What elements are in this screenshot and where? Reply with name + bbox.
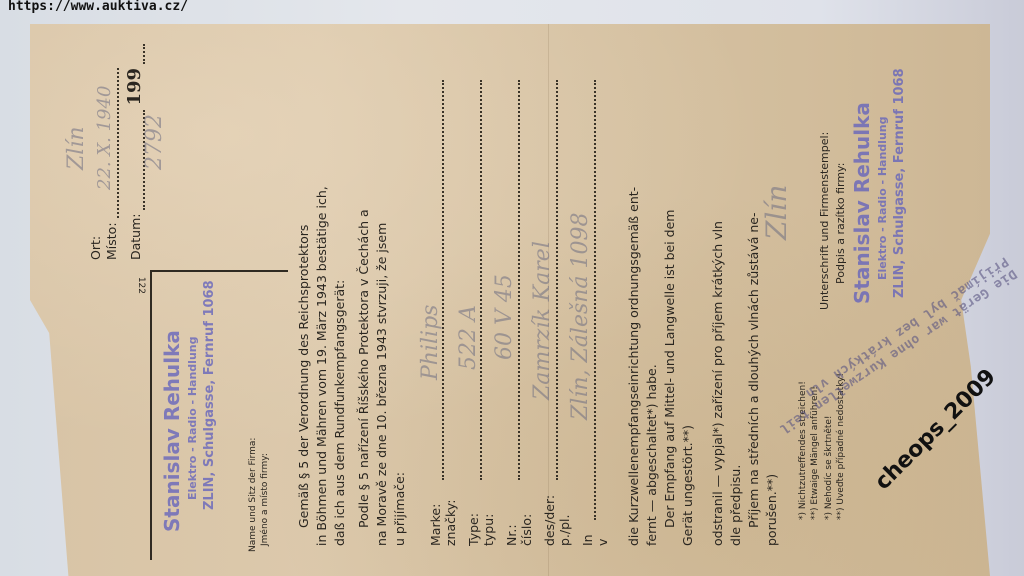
firm-stamp-line2: Elektro - Radio - Handlung xyxy=(186,337,199,501)
field-number: Nr.: číslo: xyxy=(504,514,534,546)
field-owner-label-de: des/der: xyxy=(542,495,557,546)
field-marke-value: Philips xyxy=(418,305,443,380)
signature-label-cz: Podpis a razítko firmy: xyxy=(834,163,847,284)
field-owner-value: Zamrzík Karel xyxy=(530,241,555,400)
field-marke: Marke: značky: xyxy=(428,499,458,546)
source-url: https://www.auktiva.cz/ xyxy=(8,0,188,14)
date-printed-year: 199 xyxy=(124,68,145,106)
field-owner-line xyxy=(556,80,558,480)
field-in: In v xyxy=(580,534,610,546)
field-type-line xyxy=(480,80,482,480)
field-number-label-cz: číslo: xyxy=(519,514,534,546)
field-type-label-cz: typu: xyxy=(481,513,496,546)
corner-mark: 122 xyxy=(136,277,146,294)
footnote-4-mark: **) xyxy=(836,507,846,520)
field-marke-line xyxy=(442,80,444,480)
field-number-value: 60 V 45 xyxy=(492,274,517,360)
signature-label-de: Unterschrift und Firmenstempel: xyxy=(818,132,831,310)
field-in-value: Zlín, Zálešná 1098 xyxy=(568,212,593,420)
field-number-label-de: Nr.: xyxy=(504,514,519,546)
field-in-line xyxy=(594,80,596,520)
body-cz-1: odstranil — vypjal*) zařízení pro příjem… xyxy=(710,221,725,546)
signature-handwritten: Zlín xyxy=(760,185,793,240)
firm-box-right-rule xyxy=(150,270,288,272)
radio-certificate-document: Ort: Místo: Datum: 199 Zlín 22. X. 1940 … xyxy=(80,60,980,560)
body-de-2: fernt — abgeschaltet*) habe. xyxy=(644,364,659,546)
field-number-line xyxy=(518,80,520,480)
signature-stamp-line2: Elektro - Radio - Handlung xyxy=(876,117,889,281)
paragraph-de-3: daß ich aus dem Rundfunkempfangsgerät: xyxy=(332,280,347,546)
firm-stamp-line3: ZLIN, Schulgasse, Fernruf 1068 xyxy=(202,280,217,510)
place-label-de: Ort: xyxy=(88,236,103,260)
field-type-value: 522 A xyxy=(456,305,481,370)
date-handwritten: 22. X. 1940 xyxy=(94,86,115,190)
firm-caption-cz: Jméno a místo firmy: xyxy=(260,453,270,546)
date-dotline-end xyxy=(143,44,145,64)
body-de-4: Gerät ungestört.**) xyxy=(680,425,695,546)
field-type-label-de: Type: xyxy=(466,513,481,546)
firm-box-top-rule xyxy=(150,270,152,560)
field-owner: des/der: p./pl. xyxy=(542,495,572,546)
field-in-label-cz: v xyxy=(595,534,610,546)
paragraph-cz-3: u přijímače: xyxy=(392,472,407,546)
body-cz-2: dle předpisu. xyxy=(728,465,743,546)
footnote-2-mark: **) xyxy=(810,507,820,520)
footnote-3-text: Nehodíc se škrtněte! xyxy=(824,415,834,509)
body-de-3: Der Empfang auf Mittel- und Langwelle is… xyxy=(662,210,677,528)
field-in-label-de: In xyxy=(580,534,595,546)
body-cz-4: porušen.**) xyxy=(764,474,779,546)
place-dotline xyxy=(117,68,119,218)
date-label: Datum: xyxy=(128,214,143,261)
paragraph-de-2: in Böhmen und Mähren vom 19. März 1943 b… xyxy=(314,186,329,546)
firm-caption-de: Name und Sitz der Firma: xyxy=(248,438,258,552)
footnote-1-mark: *) xyxy=(798,512,808,520)
field-marke-label-cz: značky: xyxy=(443,499,458,546)
body-de-1: die Kurzwellenempfangseinrichtung ordnun… xyxy=(626,187,641,546)
paragraph-cz-1: Podle § 5 nařízení Říšského Protektora v… xyxy=(356,209,371,528)
paragraph-cz-2: na Moravě ze dne 10. března 1943 stvrzuj… xyxy=(374,223,389,546)
firm-stamp-name: Stanislav Rehulka xyxy=(160,330,184,532)
place-handwritten: Zlín xyxy=(64,126,89,170)
signature-stamp-line3: ZLIN, Schulgasse, Fernruf 1068 xyxy=(892,68,907,298)
field-owner-label-cz: p./pl. xyxy=(557,495,572,546)
field-marke-label-de: Marke: xyxy=(428,499,443,546)
body-cz-3: Příjem na středních a dlouhých vlnách zů… xyxy=(746,213,761,529)
place-label-cz-text: Místo: xyxy=(104,222,119,260)
footnote-3-mark: *) xyxy=(824,512,834,520)
signature-stamp-name: Stanislav Rehulka xyxy=(850,102,874,304)
field-type: Type: typu: xyxy=(466,513,496,546)
footnote-3: *) Nehodíc se škrtněte! xyxy=(824,415,834,520)
number-handwritten: 2792 xyxy=(142,114,167,170)
paragraph-de-1: Gemäß § 5 der Verordnung des Reichsprote… xyxy=(296,225,311,528)
